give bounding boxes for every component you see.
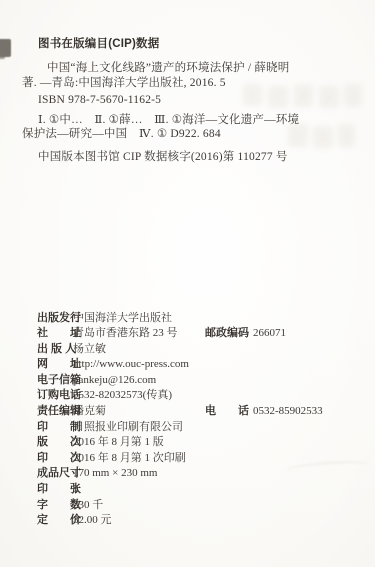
publisher-person-value: 杨立敏	[73, 342, 106, 358]
bleedthrough-ghost	[319, 86, 339, 108]
bleedthrough-ghost	[294, 84, 313, 107]
word-count-value: 230 千	[73, 498, 103, 514]
cip-isbn-line: ISBN 978-7-5670-1162-5	[38, 92, 161, 108]
colophon-row-managing-editor: 责任编辑 潘克菊 电 话 0532-85902533	[0, 404, 375, 420]
cip-classification-line-2: 保护法—研究—中国 Ⅳ. ① D922. 684	[22, 126, 221, 142]
price-value: 32.00 元	[73, 513, 112, 529]
bleedthrough-ghost	[344, 84, 362, 107]
colophon-row-printed-sheets: 印 张 9	[0, 482, 375, 498]
publisher-person-label: 出 版 人	[37, 342, 76, 358]
website-value: http://www.ouc-press.com	[73, 357, 189, 373]
postal-code-label: 邮政编码	[205, 326, 249, 342]
colophon-row-publisher-person: 出 版 人 杨立敏	[0, 342, 375, 358]
address-value: 青岛市香港东路 23 号	[73, 326, 178, 342]
colophon-row-trim-size: 成品尺寸 170 mm × 230 mm	[0, 466, 375, 482]
bleedthrough-ghost	[268, 86, 288, 108]
cip-title-line: 中国“海上文化线路”遗产的环境法保护 / 薛晓明	[47, 60, 289, 76]
colophon-row-order-phone: 订购电话 0532-82032573(传真)	[0, 388, 375, 404]
email-value: pankeju@126.com	[73, 373, 156, 389]
bleedthrough-ghost	[338, 124, 355, 147]
colophon-row-word-count: 字 数 230 千	[0, 498, 375, 514]
colophon-row-address: 社 址 青岛市香港东路 23 号 邮政编码 266071	[0, 326, 375, 342]
publisher-distributor-value: 中国海洋大学出版社	[73, 311, 172, 327]
phone-value: 0532-85902533	[253, 404, 323, 420]
postal-code-value: 266071	[253, 326, 286, 342]
trim-size-value: 170 mm × 230 mm	[73, 466, 157, 482]
cip-record-number-line: 中国版本图书馆 CIP 数据核字(2016)第 110277 号	[38, 149, 288, 165]
cip-header: 图书在版编目(CIP)数据	[38, 36, 159, 52]
colophon-row-printer: 印 制 日照报业印刷有限公司	[0, 420, 375, 436]
colophon-row-website: 网 址 http://www.ouc-press.com	[0, 357, 375, 373]
bleedthrough-ghost	[243, 84, 262, 106]
printed-sheets-value: 9	[73, 482, 79, 498]
cip-publisher-line: 著. —青岛:中国海洋大学出版社, 2016. 5	[22, 75, 226, 91]
impression-value: 2016 年 8 月第 1 次印刷	[73, 451, 186, 467]
order-phone-value: 0532-82032573(传真)	[73, 388, 172, 404]
colophon-row-publisher-distributor: 出版发行 中国海洋大学出版社	[0, 311, 375, 327]
edition-value: 2016 年 8 月第 1 版	[73, 435, 164, 451]
bleedthrough-ghost	[313, 126, 333, 148]
page-edge-ink-smudge-small	[0, 52, 5, 59]
managing-editor-value: 潘克菊	[73, 404, 106, 420]
printer-value: 日照报业印刷有限公司	[73, 420, 183, 436]
colophon-row-impression: 印 次 2016 年 8 月第 1 次印刷	[0, 451, 375, 467]
colophon-row-email: 电子信箱 pankeju@126.com	[0, 373, 375, 389]
colophon-row-price: 定 价 32.00 元	[0, 513, 375, 529]
book-colophon-page: 图书在版编目(CIP)数据 中国“海上文化线路”遗产的环境法保护 / 薛晓明 著…	[0, 0, 375, 567]
colophon-row-edition: 版 次 2016 年 8 月第 1 版	[0, 435, 375, 451]
phone-label: 电 话	[205, 404, 249, 420]
colophon-block: 出版发行 中国海洋大学出版社 社 址 青岛市香港东路 23 号 邮政编码 266…	[0, 311, 375, 529]
